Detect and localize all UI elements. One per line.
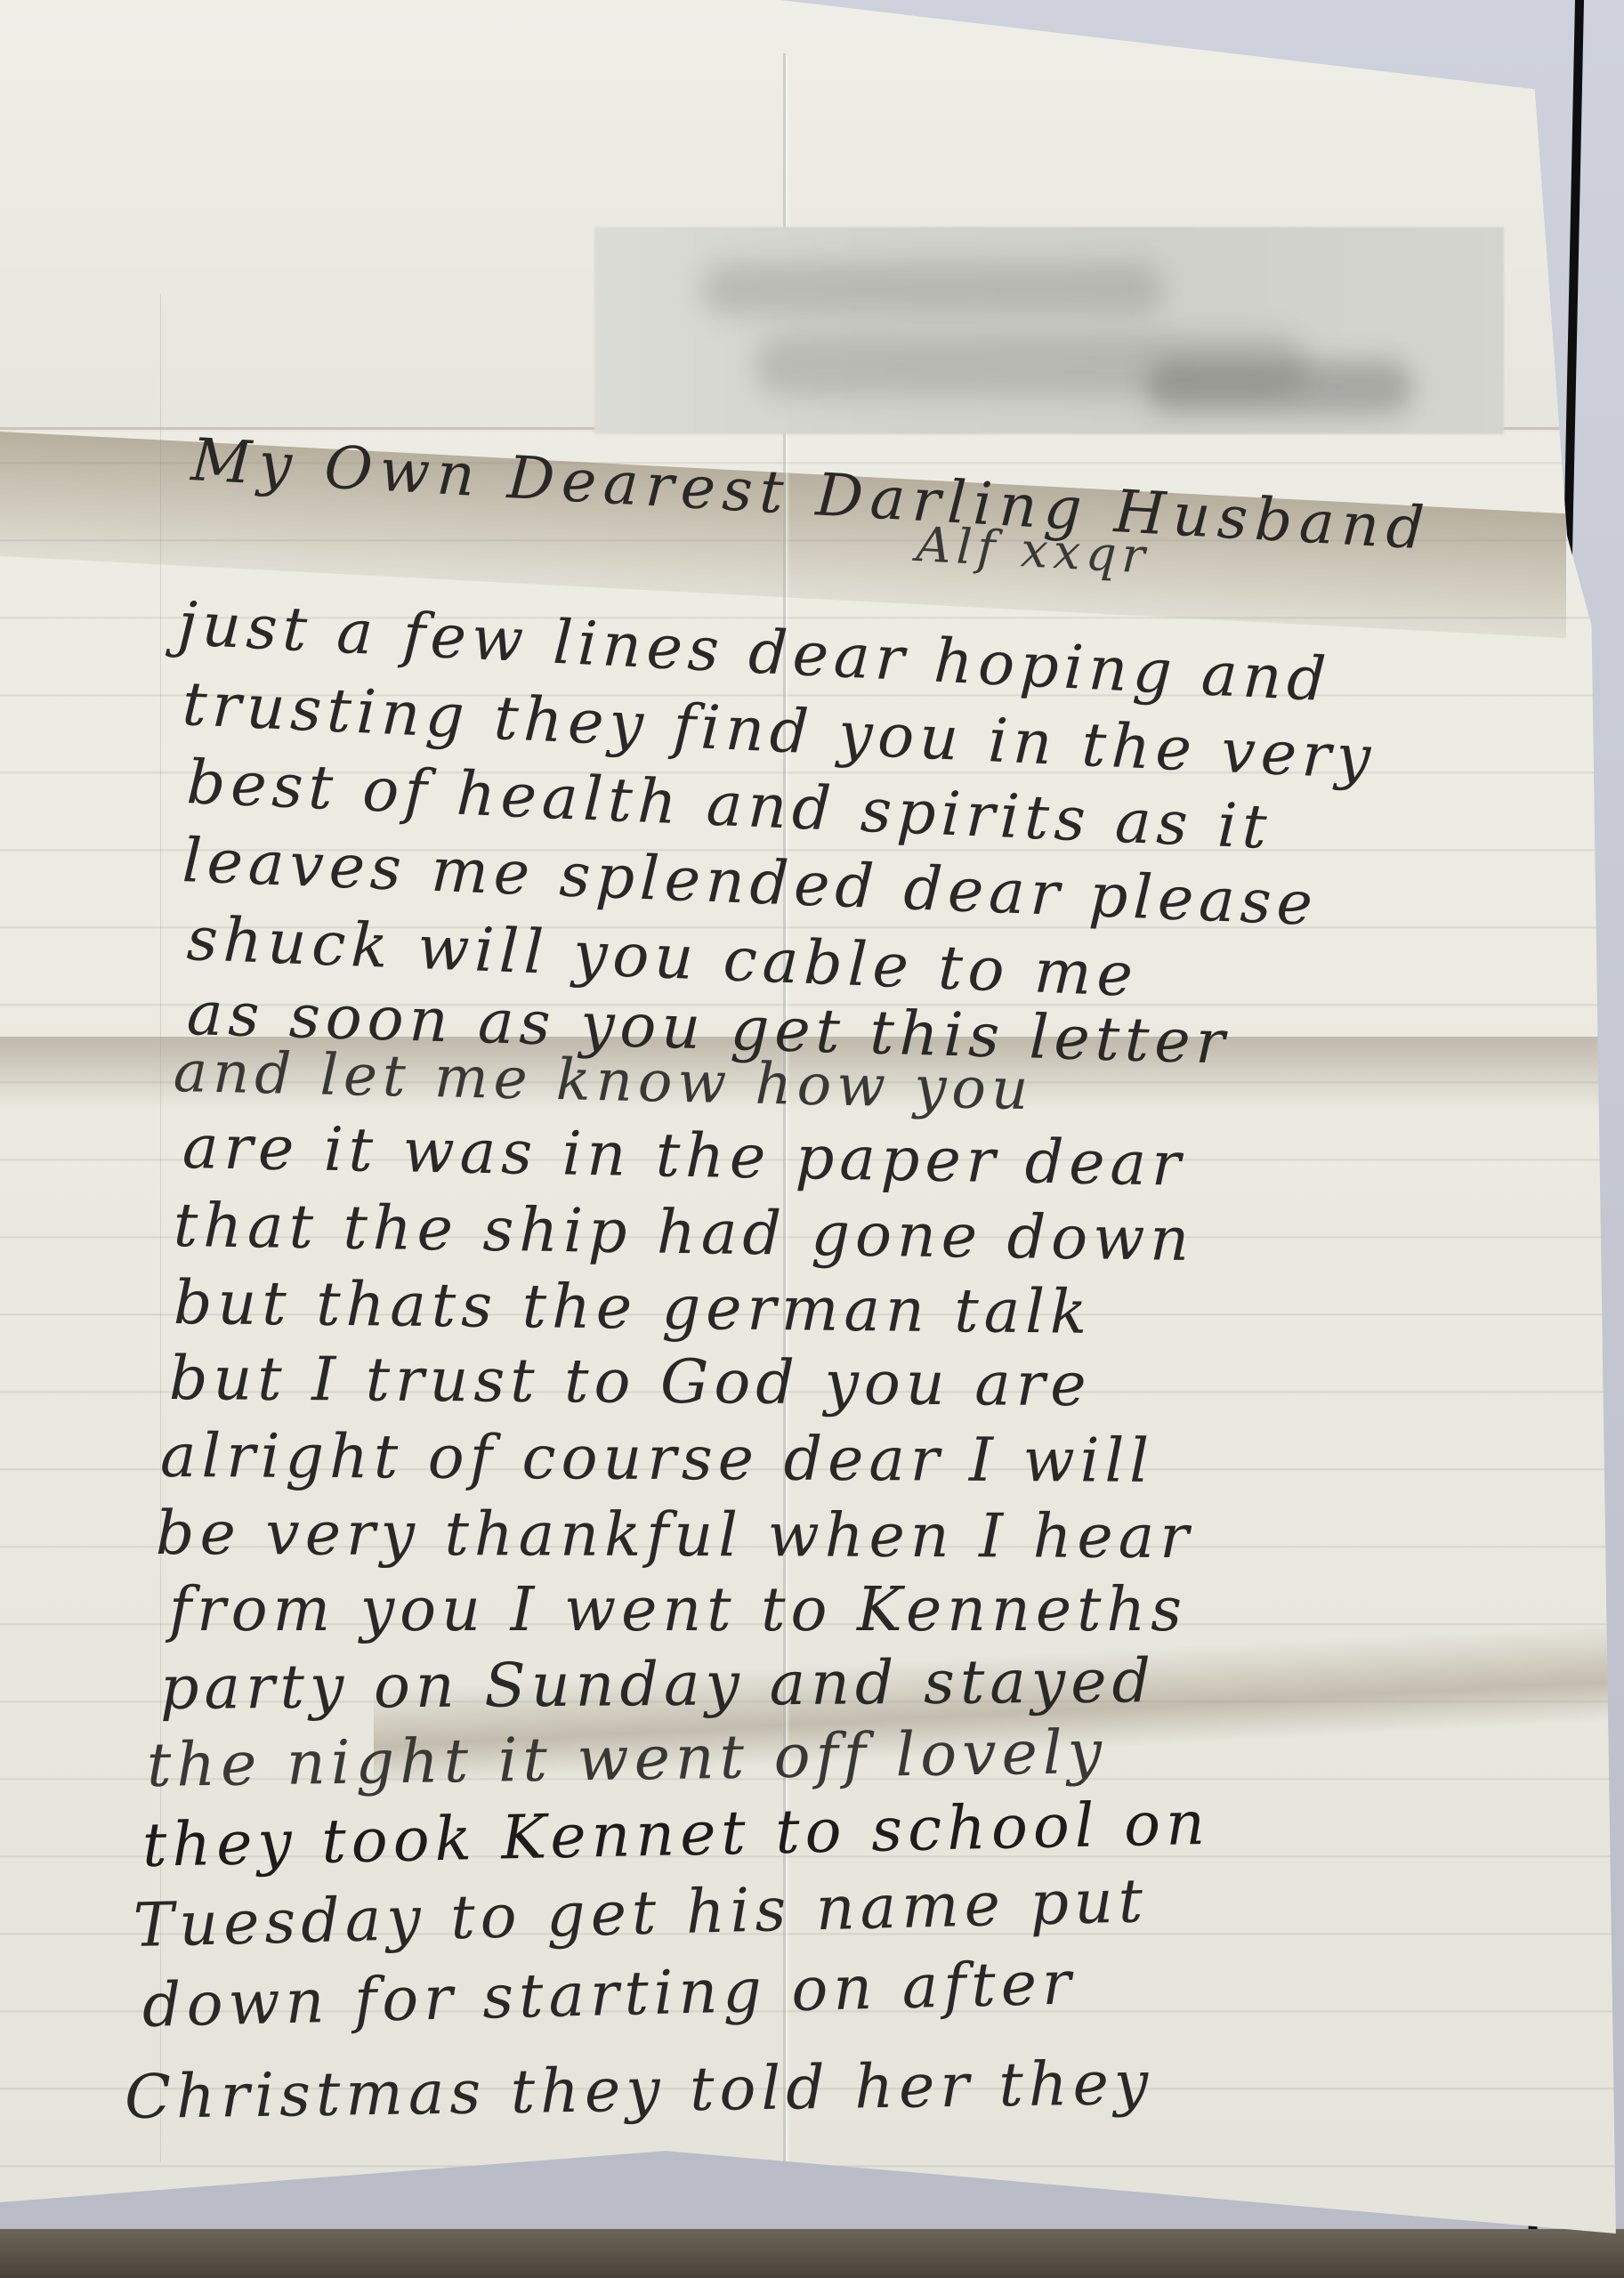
redacted-address-block bbox=[594, 227, 1504, 434]
body-line: but I trust to God you are bbox=[169, 1344, 1092, 1420]
body-line: be very thankful when I hear bbox=[156, 1498, 1194, 1572]
body-line: but thats the german talk bbox=[174, 1268, 1093, 1348]
body-line: alright of course dear I will bbox=[160, 1421, 1154, 1497]
body-line: the night it went off lovely bbox=[146, 1717, 1107, 1801]
body-line: from you I went to Kenneths bbox=[169, 1575, 1187, 1645]
margin-rule bbox=[160, 294, 161, 2162]
body-line: Christmas they told her they bbox=[124, 2048, 1153, 2133]
body-line: party on Sunday and stayed bbox=[160, 1646, 1157, 1724]
bottom-shadow bbox=[0, 2229, 1624, 2278]
body-line: that the ship had gone down bbox=[173, 1191, 1194, 1275]
